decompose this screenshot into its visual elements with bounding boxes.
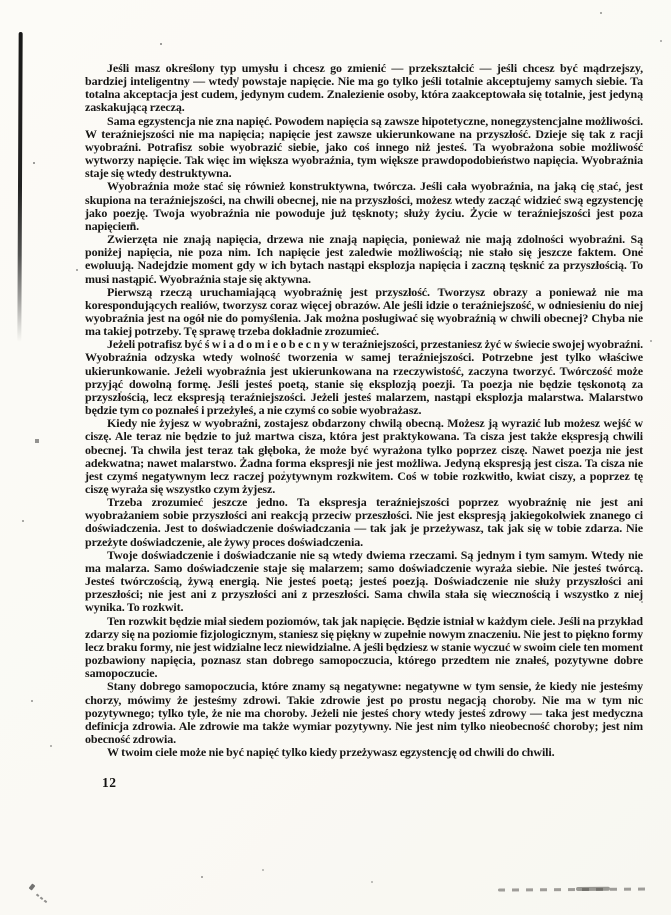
paragraph: Ten rozwkit będzie miał siedem poziomów,… (85, 615, 643, 681)
paragraph: Pierwszą rzeczą uruchamiającą wyobraźnię… (85, 286, 643, 339)
paragraph: Wyobraźnia może stać się również konstru… (85, 180, 643, 233)
paragraph: Sama egzystencja nie zna napięć. Powodem… (85, 115, 643, 181)
page-number: 12 (85, 776, 643, 789)
spine-shadow-mark (17, 32, 22, 342)
paragraph: Twoje doświadczenie i doświadczanie nie … (85, 549, 643, 615)
paragraph: Stany dobrego samopoczucia, które znamy … (85, 680, 643, 746)
paragraph: Kiedy nie żyjesz w wyobraźni, zostajesz … (85, 417, 643, 496)
paragraph: W twoim ciele może nie być napięć tylko … (85, 746, 643, 759)
paragraph: Trzeba zrozumieć jeszcze jedno. Ta ekspr… (85, 496, 643, 549)
paragraph: Zwierzęta nie znają napięcia, drzewa nie… (85, 233, 643, 286)
scan-smudge-left (29, 883, 36, 890)
paragraph: Jeśli masz określony typ umysłu i chcesz… (85, 62, 643, 115)
scan-noise-speckles (0, 0, 2, 2)
scan-smudge-right (498, 887, 650, 891)
paragraph: Jeżeli potrafisz być ś w i a d o m i e o… (85, 338, 643, 417)
book-page: Jeśli masz określony typ umysłu i chcesz… (0, 0, 671, 915)
text-block: Jeśli masz określony typ umysłu i chcesz… (85, 62, 643, 789)
